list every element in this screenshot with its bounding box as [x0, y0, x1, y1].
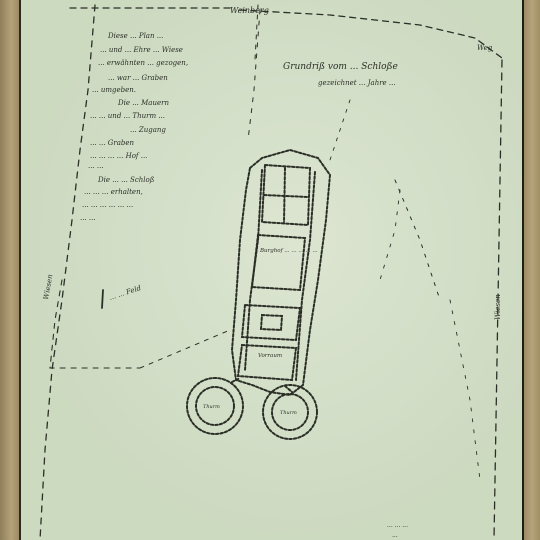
- room-label-tower-left: Thurm: [203, 404, 220, 410]
- right-margin-label: Wiesen: [494, 294, 502, 320]
- legend-line: ... ... und ... Thurm ...: [90, 112, 165, 120]
- legend-line: Die ... ... Schloß: [97, 176, 155, 184]
- diagonal-line-2: [395, 180, 440, 300]
- left-margin-label: Wiesen: [42, 273, 54, 300]
- legend-line: Diese ... Plan ...: [107, 32, 163, 40]
- legend-line: ... Zugang: [130, 126, 166, 134]
- diagonal-line-1: [140, 330, 230, 368]
- legend-line: ... war ... Graben: [108, 74, 168, 82]
- room-label-tower-right: Thurm: [280, 410, 297, 416]
- gate-inner: [261, 315, 282, 330]
- legend-line: ... ... ... ... ... ...: [82, 201, 133, 209]
- plan-title: Grundriß vom ... Schloße: [283, 62, 398, 72]
- legend-line: ... ...: [88, 162, 104, 170]
- field-label: ... ... Feld: [108, 284, 142, 302]
- legend-line: ... ... ... erhalten,: [84, 188, 143, 196]
- legend-line: ... ... ... ... Hof ...: [90, 152, 147, 160]
- plan-subtitle: gezeichnet ... Jahre ...: [318, 79, 396, 87]
- room-label-courtyard: Burghof ... ... ... ... ...: [259, 248, 318, 254]
- top-label: Weinberg: [230, 6, 269, 15]
- diagonal-line-3: [380, 190, 400, 280]
- bottom-note-line-1: ... ... ...: [387, 522, 408, 529]
- corner-label: Weg: [477, 44, 493, 52]
- gate-room: [242, 305, 300, 340]
- north-building-crosswall: [264, 195, 308, 197]
- boundary-inner-vertical: [248, 10, 260, 140]
- legend-line: ... ...: [80, 214, 96, 222]
- castle-plan: [187, 150, 330, 439]
- survey-line: [330, 100, 350, 160]
- bottom-note-line-2: ...: [392, 532, 398, 539]
- left-marker: [102, 290, 103, 308]
- tower-right-connector: [285, 386, 292, 392]
- legend-line: ... erwähnten ... gezogen,: [98, 59, 188, 67]
- lower-right-line: [450, 300, 480, 480]
- room-label-vorraum: Vorraum: [258, 353, 282, 359]
- legend-line: ... und ... Ehre ... Wiese: [100, 46, 183, 54]
- ground-plan-drawing: Weinberg Grundriß vom ... Schloße gezeic…: [0, 0, 540, 540]
- legend-line: ... ... Graben: [90, 139, 135, 147]
- courtyard-room: [252, 235, 305, 290]
- legend-line: ... umgeben.: [92, 86, 136, 94]
- legend-line: Die ... Mauern: [117, 99, 169, 107]
- legend-text: Diese ... Plan ... ... und ... Ehre ... …: [80, 32, 188, 222]
- boundary-left: [40, 5, 95, 540]
- castle-inner-wall-right: [296, 172, 315, 380]
